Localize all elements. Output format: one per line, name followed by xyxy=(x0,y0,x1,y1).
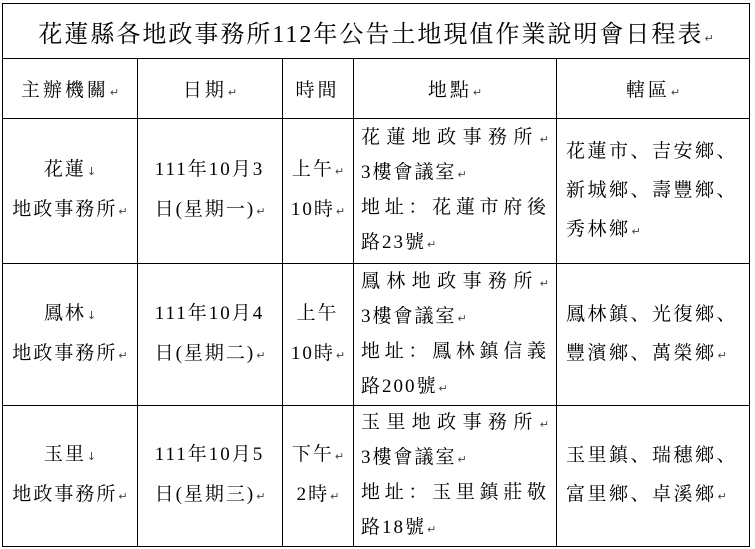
text-line: 秀林鄉↵ xyxy=(566,211,740,250)
text-line: 3樓會議室↵ xyxy=(361,156,549,191)
cell-text: 3樓會議室 xyxy=(361,306,457,327)
paragraph-mark-icon: ↵ xyxy=(632,225,641,238)
cell-location: 花蓮地政事務所↵3樓會議室↵地址：花蓮市府後路23號↵ xyxy=(354,119,557,264)
page-title-text: 花蓮縣各地政事務所112年公告土地現值作業說明會日程表 xyxy=(38,22,703,48)
paragraph-mark-icon: ↵ xyxy=(335,450,344,463)
text-line: 玉里↓ xyxy=(3,436,137,476)
paragraph-mark-icon: ↵ xyxy=(473,86,482,99)
cell-time: 上午↵10時↵ xyxy=(283,119,354,264)
cell-date: 111年10月4日(星期二)↵ xyxy=(138,264,283,406)
paragraph-mark-icon: ↵ xyxy=(458,168,467,181)
cell-text: 日(星期二) xyxy=(155,343,256,364)
cell-text: 秀林鄉 xyxy=(566,219,631,240)
text-line: 111年10月5 xyxy=(138,436,282,476)
schedule-table-body: 花蓮↓地政事務所↵111年10月3日(星期一)↵上午↵10時↵花蓮地政事務所↵3… xyxy=(3,119,750,547)
column-header-label: 地點 xyxy=(428,80,472,101)
text-line: 10時↵ xyxy=(283,335,353,375)
paragraph-mark-icon: ↵ xyxy=(439,382,448,395)
cell-text: 地政事務所 xyxy=(12,343,117,364)
text-line: 上午 xyxy=(283,295,353,335)
cell-text: 日(星期三) xyxy=(155,484,256,505)
cell-text: 下午 xyxy=(292,444,334,465)
column-header-label: 日期 xyxy=(183,80,227,101)
table-row: 鳳林↓地政事務所↵111年10月4日(星期二)↵上午10時↵鳳林地政事務所↵3樓… xyxy=(3,264,750,406)
cell-text: 地政事務所 xyxy=(12,484,117,505)
text-line: 豐濱鄉、萬榮鄉↵ xyxy=(566,335,740,374)
table-row: 玉里↓地政事務所↵111年10月5日(星期三)↵下午↵2時↵玉里地政事務所↵3樓… xyxy=(3,406,750,547)
text-line: 下午↵ xyxy=(283,436,353,476)
text-line: 鳳林↓ xyxy=(3,295,137,335)
text-line: 鳳林鎮、光復鄉、 xyxy=(566,296,740,335)
paragraph-mark-icon: ↵ xyxy=(256,205,265,218)
paragraph-mark-icon: ↵ xyxy=(718,490,727,503)
text-line: 地政事務所↵ xyxy=(3,476,137,516)
cell-text: 玉里鎮、瑞穗鄉、 xyxy=(566,445,738,466)
text-line: 3樓會議室↵ xyxy=(361,300,549,335)
cell-date: 111年10月3日(星期一)↵ xyxy=(138,119,283,264)
page-title: 花蓮縣各地政事務所112年公告土地現值作業說明會日程表↵ xyxy=(3,4,750,59)
paragraph-mark-icon: ↵ xyxy=(540,133,549,146)
cell-text: 地址：花蓮市府後 xyxy=(361,197,548,218)
cell-text: 日(星期一) xyxy=(155,199,256,220)
text-line: 路200號↵ xyxy=(361,370,549,405)
paragraph-mark-icon: ↵ xyxy=(118,205,127,218)
paragraph-mark-icon: ↓ xyxy=(87,165,96,178)
text-line: 玉里鎮、瑞穗鄉、 xyxy=(566,437,740,476)
text-line: 地址：鳳林鎮信義 xyxy=(361,335,549,370)
cell-text: 3樓會議室 xyxy=(361,162,457,183)
cell-text: 玉里地政事務所 xyxy=(361,412,539,433)
cell-text: 上午 xyxy=(296,303,338,324)
column-header-row: 主辦機關↵ 日期↵ 時間 地點↵ 轄區↵ xyxy=(3,59,750,119)
paragraph-mark-icon: ↵ xyxy=(671,86,680,99)
text-line: 111年10月4 xyxy=(138,295,282,335)
cell-text: 111年10月3 xyxy=(155,159,265,180)
cell-text: 玉里 xyxy=(44,444,86,465)
paragraph-mark-icon: ↵ xyxy=(704,32,713,45)
cell-organizer: 鳳林↓地政事務所↵ xyxy=(3,264,138,406)
cell-text: 豐濱鄉、萬榮鄉 xyxy=(566,343,717,364)
cell-organizer: 花蓮↓地政事務所↵ xyxy=(3,119,138,264)
schedule-table: 花蓮縣各地政事務所112年公告土地現值作業說明會日程表↵ 主辦機關↵ 日期↵ 時… xyxy=(2,3,750,547)
paragraph-mark-icon: ↵ xyxy=(540,418,549,431)
cell-text: 鳳林地政事務所 xyxy=(361,271,539,292)
paragraph-mark-icon: ↵ xyxy=(118,349,127,362)
paragraph-mark-icon: ↵ xyxy=(118,490,127,503)
paragraph-mark-icon: ↵ xyxy=(256,349,265,362)
text-line: 花蓮市、吉安鄉、 xyxy=(566,133,740,172)
table-row: 花蓮↓地政事務所↵111年10月3日(星期一)↵上午↵10時↵花蓮地政事務所↵3… xyxy=(3,119,750,264)
text-line: 花蓮地政事務所↵ xyxy=(361,121,549,156)
paragraph-mark-icon: ↵ xyxy=(458,312,467,325)
column-header-date: 日期↵ xyxy=(138,59,283,119)
paragraph-mark-icon: ↓ xyxy=(87,450,96,463)
column-header-label: 轄區 xyxy=(626,80,670,101)
paragraph-mark-icon: ↵ xyxy=(458,453,467,466)
text-line: 3樓會議室↵ xyxy=(361,441,549,476)
text-line: 日(星期二)↵ xyxy=(138,335,282,375)
text-line: 路18號↵ xyxy=(361,511,549,546)
cell-text: 111年10月4 xyxy=(155,303,265,324)
cell-text: 地址：玉里鎮莊敬 xyxy=(361,482,548,503)
paragraph-mark-icon: ↵ xyxy=(336,205,345,218)
title-row: 花蓮縣各地政事務所112年公告土地現值作業說明會日程表↵ xyxy=(3,4,750,59)
cell-location: 鳳林地政事務所↵3樓會議室↵地址：鳳林鎮信義路200號↵ xyxy=(354,264,557,406)
column-header-label: 時間 xyxy=(295,80,339,101)
cell-text: 10時 xyxy=(291,199,335,220)
paragraph-mark-icon: ↵ xyxy=(110,86,119,99)
cell-text: 路23號 xyxy=(361,232,426,253)
cell-text: 路18號 xyxy=(361,517,426,538)
column-header-organizer: 主辦機關↵ xyxy=(3,59,138,119)
paragraph-mark-icon: ↵ xyxy=(336,349,345,362)
cell-location: 玉里地政事務所↵3樓會議室↵地址：玉里鎮莊敬路18號↵ xyxy=(354,406,557,547)
column-header-location: 地點↵ xyxy=(354,59,557,119)
paragraph-mark-icon: ↵ xyxy=(718,349,727,362)
cell-text: 鳳林鎮、光復鄉、 xyxy=(566,304,738,325)
text-line: 日(星期一)↵ xyxy=(138,191,282,231)
cell-district: 花蓮市、吉安鄉、新城鄉、壽豐鄉、秀林鄉↵ xyxy=(557,119,750,264)
text-line: 111年10月3 xyxy=(138,151,282,191)
cell-text: 2時 xyxy=(297,484,330,505)
cell-text: 花蓮 xyxy=(44,159,86,180)
cell-text: 上午 xyxy=(292,159,334,180)
paragraph-mark-icon: ↵ xyxy=(256,490,265,503)
text-line: 2時↵ xyxy=(283,476,353,516)
cell-organizer: 玉里↓地政事務所↵ xyxy=(3,406,138,547)
text-line: 路23號↵ xyxy=(361,226,549,261)
text-line: 地政事務所↵ xyxy=(3,335,137,375)
cell-text: 富里鄉、卓溪鄉 xyxy=(566,484,717,505)
text-line: 地址：花蓮市府後 xyxy=(361,191,549,226)
cell-text: 花蓮市、吉安鄉、 xyxy=(566,141,738,162)
document-page: 花蓮縣各地政事務所112年公告土地現值作業說明會日程表↵ 主辦機關↵ 日期↵ 時… xyxy=(0,0,755,549)
text-line: 10時↵ xyxy=(283,191,353,231)
cell-date: 111年10月5日(星期三)↵ xyxy=(138,406,283,547)
column-header-label: 主辦機關 xyxy=(21,80,109,101)
cell-time: 下午↵2時↵ xyxy=(283,406,354,547)
text-line: 玉里地政事務所↵ xyxy=(361,406,549,441)
paragraph-mark-icon: ↵ xyxy=(427,238,436,251)
text-line: 地政事務所↵ xyxy=(3,191,137,231)
cell-text: 10時 xyxy=(291,343,335,364)
text-line: 新城鄉、壽豐鄉、 xyxy=(566,172,740,211)
cell-text: 路200號 xyxy=(361,376,438,397)
cell-text: 新城鄉、壽豐鄉、 xyxy=(566,180,738,201)
text-line: 地址：玉里鎮莊敬 xyxy=(361,476,549,511)
text-line: 鳳林地政事務所↵ xyxy=(361,265,549,300)
text-line: 花蓮↓ xyxy=(3,151,137,191)
cell-district: 玉里鎮、瑞穗鄉、富里鄉、卓溪鄉↵ xyxy=(557,406,750,547)
text-line: 上午↵ xyxy=(283,151,353,191)
paragraph-mark-icon: ↵ xyxy=(427,523,436,536)
cell-text: 地址：鳳林鎮信義 xyxy=(361,341,548,362)
cell-text: 3樓會議室 xyxy=(361,447,457,468)
text-line: 富里鄉、卓溪鄉↵ xyxy=(566,476,740,515)
cell-district: 鳳林鎮、光復鄉、豐濱鄉、萬榮鄉↵ xyxy=(557,264,750,406)
paragraph-mark-icon: ↓ xyxy=(87,309,96,322)
column-header-time: 時間 xyxy=(283,59,354,119)
cell-text: 111年10月5 xyxy=(155,444,265,465)
paragraph-mark-icon: ↵ xyxy=(335,165,344,178)
paragraph-mark-icon: ↵ xyxy=(540,277,549,290)
column-header-district: 轄區↵ xyxy=(557,59,750,119)
paragraph-mark-icon: ↵ xyxy=(228,86,237,99)
cell-text: 地政事務所 xyxy=(12,199,117,220)
cell-text: 花蓮地政事務所 xyxy=(361,127,539,148)
cell-text: 鳳林 xyxy=(44,303,86,324)
cell-time: 上午10時↵ xyxy=(283,264,354,406)
text-line: 日(星期三)↵ xyxy=(138,476,282,516)
paragraph-mark-icon: ↵ xyxy=(330,490,339,503)
